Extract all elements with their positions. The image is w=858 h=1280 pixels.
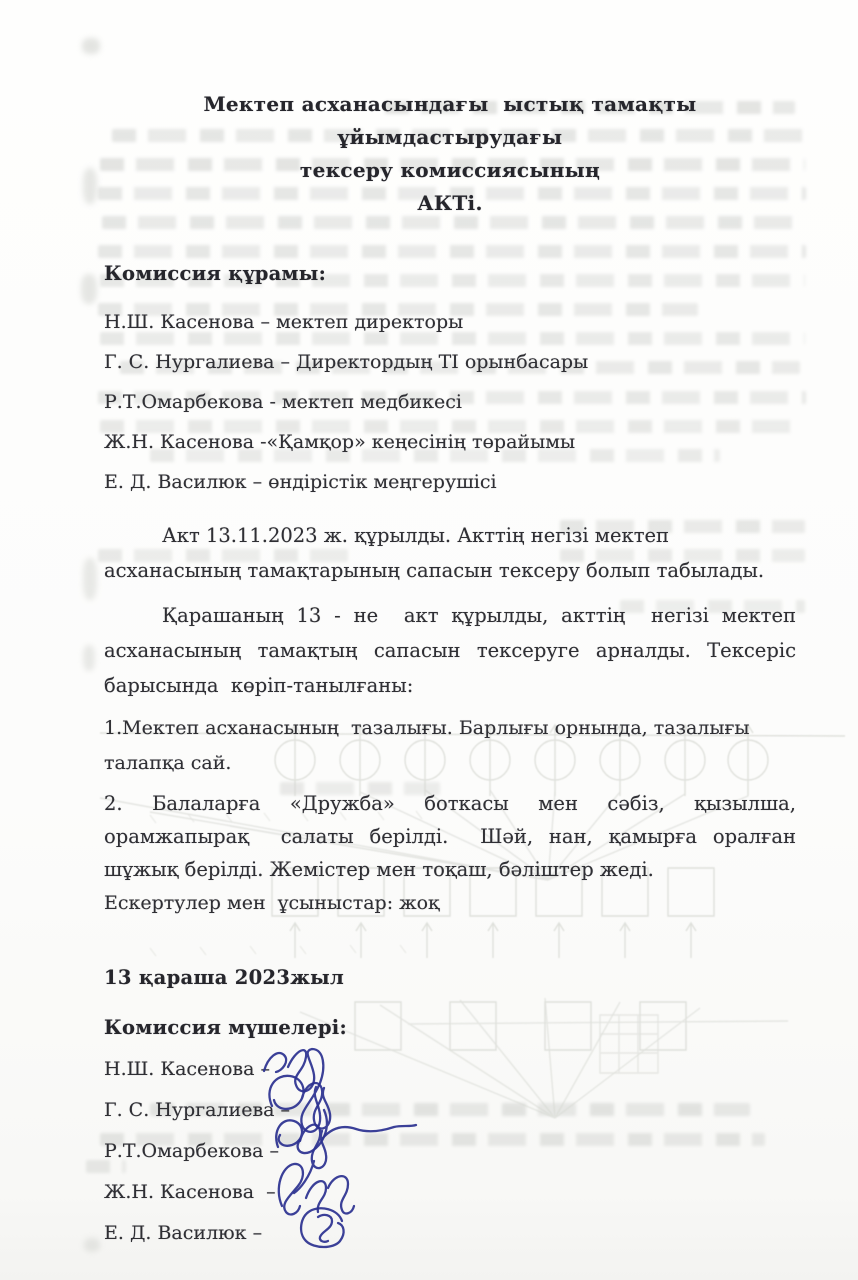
document-title: Мектеп асханасындағы ыстық тамақты ұйымд… — [104, 88, 796, 220]
commission-heading: Комиссия құрамы: — [104, 260, 796, 288]
title-line-1: Мектеп асханасындағы ыстық тамақты ұйымд… — [104, 88, 796, 154]
notes-line: Ескертулер мен ұсыныстар: жоқ — [104, 886, 796, 921]
paragraph-act-basis: Акт 13.11.2023 ж. құрылды. Акттің негізі… — [104, 518, 796, 588]
signature-block: Н.Ш. Касенова – Г. С. Нургалиева – Р.Т.О… — [104, 1049, 796, 1254]
commission-member: Ж.Н. Касенова -«Қамқор» кеңесінің төрайы… — [104, 422, 796, 462]
signer-name: Н.Ш. Касенова – — [104, 1058, 270, 1080]
commission-member: Е. Д. Василюк – өндірістік меңгерушісі — [104, 462, 796, 502]
signer-name: Ж.Н. Касенова – — [104, 1181, 276, 1203]
commission-members-list: Н.Ш. Касенова – мектеп директоры Г. С. Н… — [104, 302, 796, 502]
document-content: Мектеп асханасындағы ыстық тамақты ұйымд… — [0, 0, 858, 1254]
document-date: 13 қараша 2023жыл — [104, 963, 796, 993]
title-line-2: тексеру комиссиясының — [104, 154, 796, 187]
scanned-document-page: Мектеп асханасындағы ыстық тамақты ұйымд… — [0, 0, 858, 1280]
commission-member: Н.Ш. Касенова – мектеп директоры — [104, 302, 796, 342]
signature-row: Н.Ш. Касенова – — [104, 1049, 796, 1090]
signature-row: Е. Д. Василюк – — [104, 1213, 796, 1254]
signature-row: Р.Т.Омарбекова – — [104, 1131, 796, 1172]
finding-2: 2. Балаларға «Дружба» боткасы мен сәбіз,… — [104, 787, 796, 886]
signature-row: Г. С. Нургалиева – — [104, 1090, 796, 1131]
signature-row: Ж.Н. Касенова – — [104, 1172, 796, 1213]
commission-member: Г. С. Нургалиева – Директордың ТІ орынба… — [104, 342, 796, 382]
finding-1: 1.Мектеп асханасының тазалығы. Барлығы о… — [104, 711, 796, 781]
signer-name: Г. С. Нургалиева – — [104, 1099, 290, 1121]
paragraph-inspection-purpose: Қарашаның 13 - не акт құрылды, акттің не… — [104, 598, 796, 703]
signer-name: Р.Т.Омарбекова – — [104, 1140, 279, 1162]
signer-name: Е. Д. Василюк – — [104, 1222, 262, 1244]
commission-member: Р.Т.Омарбекова - мектеп медбикесі — [104, 382, 796, 422]
title-line-3: АКТі. — [104, 187, 796, 220]
signers-heading: Комиссия мүшелері: — [104, 1013, 796, 1043]
